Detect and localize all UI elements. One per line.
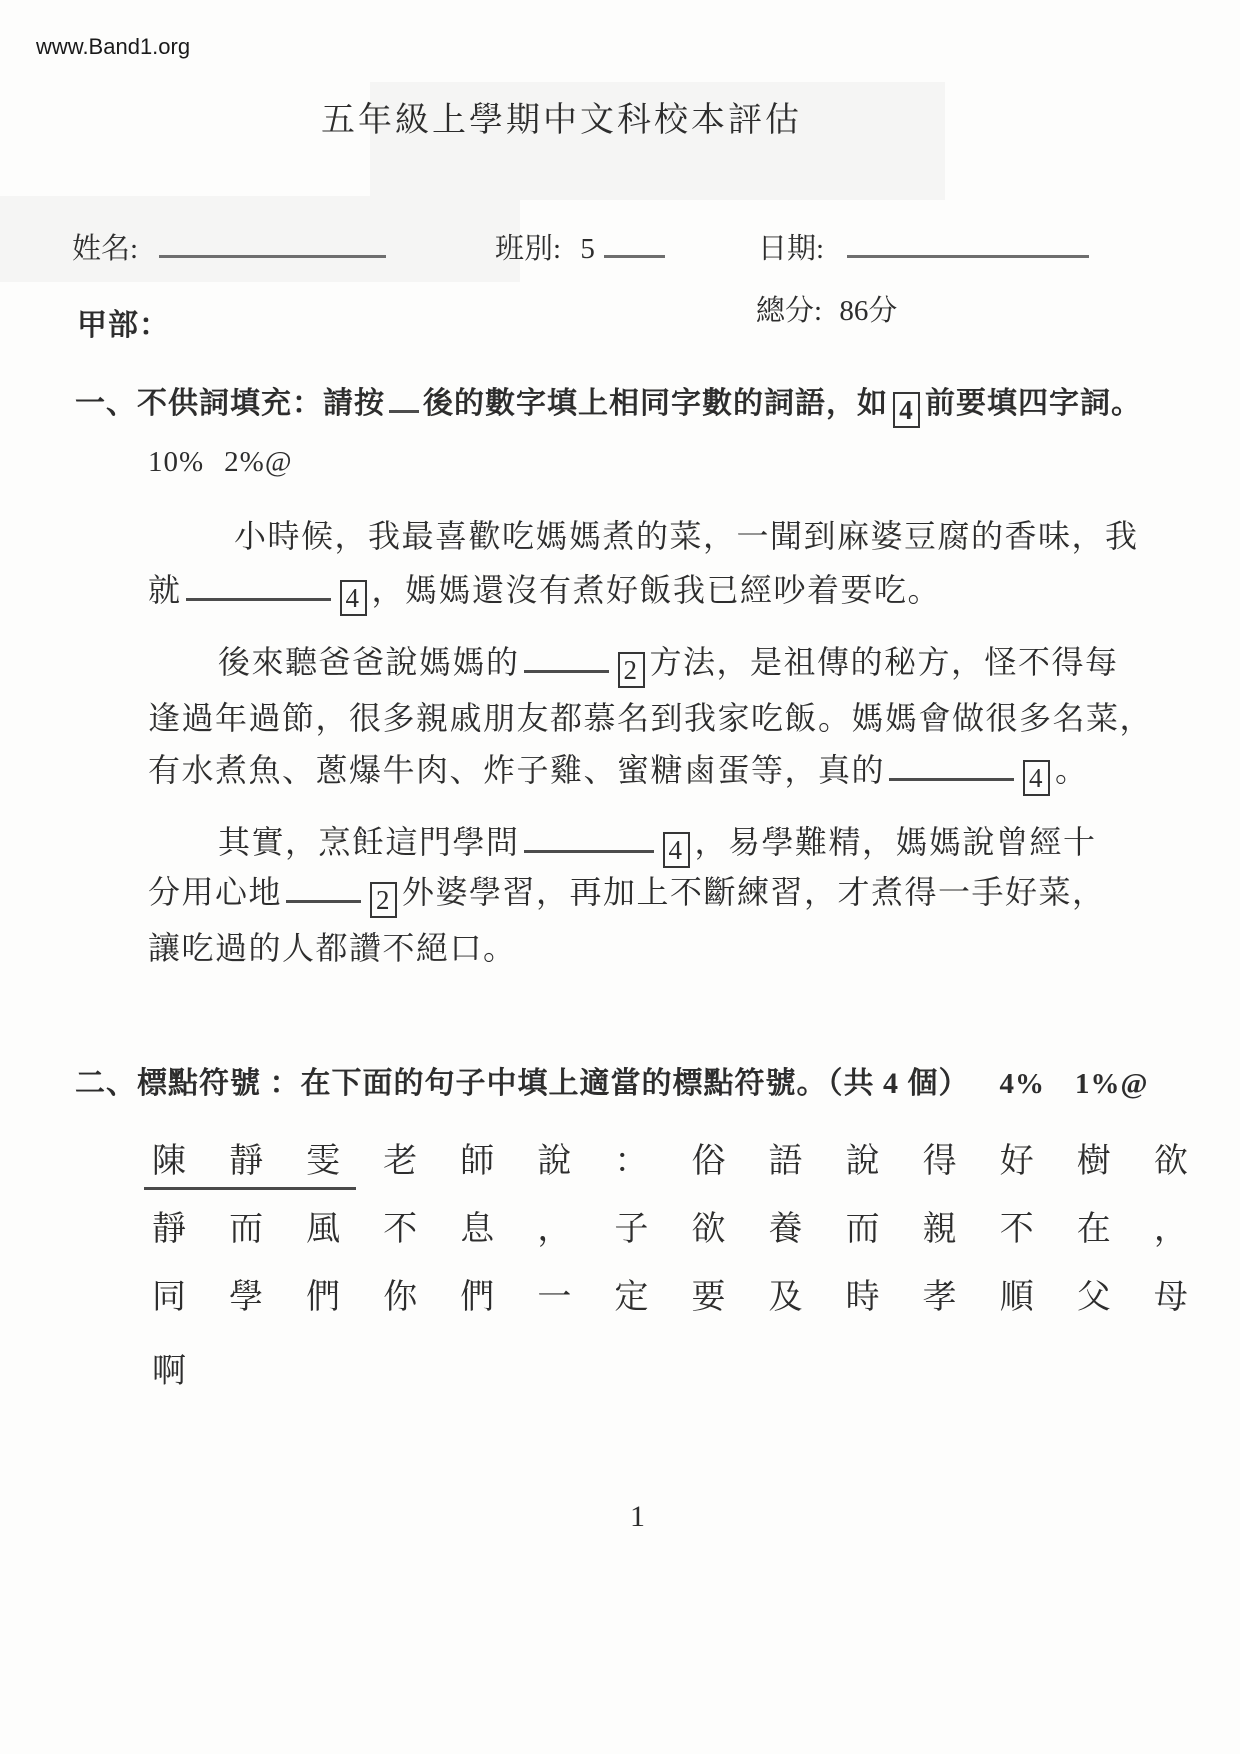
- q1-para3-line2: 分用心地2外婆學習，再加上不斷練習，才煮得一手好菜，: [148, 872, 1106, 918]
- exam-paper-page: www.Band1.org 五年級上學期中文科校本評估 姓名: 班別: 5 日期…: [0, 0, 1240, 1754]
- grid-char: 一: [535, 1276, 573, 1320]
- proper-noun-underline: [144, 1187, 356, 1190]
- grid-char: 們: [458, 1276, 496, 1320]
- grid-char: 學: [227, 1276, 265, 1320]
- grid-char: 息: [458, 1208, 496, 1252]
- grid-char: 啊: [150, 1350, 188, 1394]
- grid-char: 而: [844, 1208, 882, 1252]
- grid-char: 雯: [304, 1140, 342, 1184]
- grid-char: 欲: [689, 1208, 727, 1252]
- page-title: 五年級上學期中文科校本評估: [321, 92, 802, 141]
- date-field: 日期:: [758, 226, 1093, 267]
- q1-para2-line3-post: 。: [1055, 752, 1089, 788]
- grid-char: 不: [381, 1208, 419, 1252]
- q1-para1-line2: 就4，媽媽還沒有煮好飯我已經吵着要吃。: [148, 570, 941, 616]
- q2-grid-row-1: 陳靜雯老師說：俗語說得好樹欲: [150, 1140, 1190, 1184]
- q1-para1-line1: 小時候，我最喜歡吃媽媽煮的菜，一聞到麻婆豆腐的香味，我: [234, 516, 1139, 556]
- q1-blank-3: [889, 751, 1014, 781]
- part-a-label: 甲部：: [77, 300, 170, 344]
- grid-char: 老: [381, 1140, 419, 1184]
- grid-char: 欲: [1152, 1140, 1190, 1184]
- grid-char: 而: [227, 1208, 265, 1252]
- q1-para2-line3-pre: 有水煮魚、蔥爆牛肉、炸子雞、蜜糖鹵蛋等，真的: [148, 752, 885, 788]
- q2-heading: 二、標點符號 ：在下面的句子中填上適當的標點符號。（共 4 個）4%1%@: [75, 1058, 1148, 1102]
- q1-heading-blank: [389, 383, 419, 413]
- total-value: 86分: [839, 295, 897, 327]
- grid-char: 好: [998, 1140, 1036, 1184]
- q1-example-box: 4: [893, 392, 920, 428]
- q1-marks-each: 2%@: [224, 446, 292, 478]
- q1-heading-mid: 後的數字填上相同字數的詞語，如: [423, 387, 888, 420]
- date-blank-line: [847, 228, 1089, 258]
- class-label: 班別:: [495, 233, 561, 265]
- name-blank-line: [159, 228, 386, 258]
- grid-char: 順: [998, 1276, 1036, 1320]
- q1-para2-line1-pre: 後來聽爸爸說媽媽的: [218, 644, 520, 680]
- name-field: 姓名:: [72, 226, 390, 267]
- grid-char: 們: [304, 1276, 342, 1320]
- watermark: www.Band1.org: [36, 34, 190, 60]
- grid-char: 親: [921, 1208, 959, 1252]
- q1-para2-line1-post: 方法，是祖傳的秘方，怪不得每: [650, 644, 1119, 680]
- q1-blank-5: [286, 873, 361, 903]
- grid-char: 同: [150, 1276, 188, 1320]
- q1-para3-line1-pre: 其實，烹飪這門學問: [218, 824, 520, 860]
- name-label: 姓名:: [72, 233, 138, 265]
- q1-heading-end: 前要填四字詞。: [925, 387, 1142, 420]
- q1-para2-line2: 逢過年過節，很多親戚朋友都慕名到我家吃飯。媽媽會做很多名菜，: [148, 698, 1153, 738]
- q1-blank-2: [524, 643, 609, 673]
- grid-char: ：: [612, 1140, 650, 1184]
- class-field: 班別: 5: [495, 226, 669, 267]
- q1-box-5: 2: [370, 882, 397, 918]
- q1-para3-line2-pre: 分用心地: [148, 874, 282, 910]
- q1-box-1: 4: [340, 580, 367, 616]
- q1-box-2: 2: [618, 652, 645, 688]
- q1-heading: 一、不供詞填充：請按後的數字填上相同字數的詞語，如4前要填四字詞。: [75, 378, 1142, 428]
- q1-para2-line3: 有水煮魚、蔥爆牛肉、炸子雞、蜜糖鹵蛋等，真的4。: [148, 750, 1089, 796]
- q2-marks-total: 4%: [1000, 1068, 1046, 1100]
- grid-char: 孝: [921, 1276, 959, 1320]
- q2-grid-row-4: 啊: [150, 1350, 188, 1394]
- grid-char: 及: [767, 1276, 805, 1320]
- q1-para3-line2-post: 外婆學習，再加上不斷練習，才煮得一手好菜，: [402, 874, 1106, 910]
- grid-char: 靜: [150, 1208, 188, 1252]
- grid-char: 說: [535, 1140, 573, 1184]
- grid-char: 俗: [689, 1140, 727, 1184]
- grid-char: 樹: [1075, 1140, 1113, 1184]
- q1-para1-line2-post: ，媽媽還沒有煮好飯我已經吵着要吃。: [372, 572, 942, 608]
- grid-char: 在: [1075, 1208, 1113, 1252]
- q1-para3-line1-post: ，易學難精，媽媽說曾經十: [695, 824, 1097, 860]
- grid-char: 定: [612, 1276, 650, 1320]
- q1-box-3: 4: [1023, 760, 1050, 796]
- grid-char: 母: [1152, 1276, 1190, 1320]
- q1-marks-total: 10%: [148, 446, 204, 478]
- grid-char: 父: [1075, 1276, 1113, 1320]
- grid-char: 靜: [227, 1140, 265, 1184]
- grid-char: 師: [458, 1140, 496, 1184]
- grid-char: 語: [767, 1140, 805, 1184]
- q1-marks: 10%2%@: [148, 446, 293, 479]
- grid-char: 你: [381, 1276, 419, 1320]
- q1-blank-1: [186, 571, 331, 601]
- total-score: 總分: 86分: [756, 288, 897, 329]
- q1-para3-line3: 讓吃過的人都讚不絕口。: [148, 928, 517, 968]
- q2-grid-row-2: 靜而風不息，子欲養而親不在，: [150, 1208, 1190, 1252]
- q1-para2-line1: 後來聽爸爸說媽媽的2方法，是祖傳的秘方，怪不得每: [218, 642, 1119, 688]
- q2-heading-text: 二、標點符號 ：在下面的句子中填上適當的標點符號。（共 4 個）: [75, 1067, 970, 1100]
- q1-para3-line1: 其實，烹飪這門學問4，易學難精，媽媽說曾經十: [218, 822, 1097, 868]
- grid-char: 陳: [150, 1140, 188, 1184]
- page-number: 1: [630, 1500, 645, 1534]
- grid-char: 養: [767, 1208, 805, 1252]
- q1-para1-line2-pre: 就: [148, 572, 182, 608]
- grid-char: 不: [998, 1208, 1036, 1252]
- grid-char: 風: [304, 1208, 342, 1252]
- date-label: 日期:: [758, 233, 824, 265]
- grid-char: 子: [612, 1208, 650, 1252]
- grid-char: ，: [535, 1208, 573, 1252]
- class-blank-line: [604, 228, 665, 258]
- grid-char: 時: [844, 1276, 882, 1320]
- grid-char: 說: [844, 1140, 882, 1184]
- total-label: 總分:: [756, 295, 822, 327]
- q2-marks-each: 1%@: [1075, 1068, 1148, 1100]
- q1-box-4: 4: [663, 832, 690, 868]
- q1-blank-4: [524, 823, 654, 853]
- grid-char: 要: [689, 1276, 727, 1320]
- grid-char: ，: [1152, 1208, 1190, 1252]
- grid-char: 得: [921, 1140, 959, 1184]
- class-value: 5: [580, 233, 595, 265]
- q1-heading-pre: 一、不供詞填充：請按: [75, 387, 385, 420]
- q2-grid-row-3: 同學們你們一定要及時孝順父母: [150, 1276, 1190, 1320]
